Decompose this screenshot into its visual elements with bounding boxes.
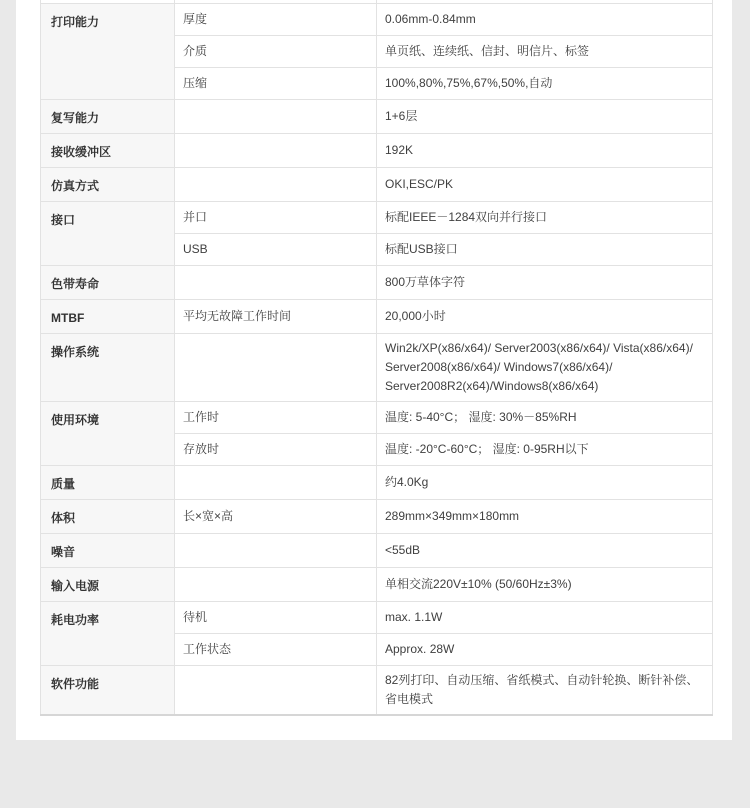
spec-row: 色带寿命800万草体字符 bbox=[41, 265, 713, 299]
spec-value-cell: 20,000小时 bbox=[377, 299, 713, 333]
spec-value-cell: 82列打印、自动压缩、省纸模式、自动针轮换、断针补偿、 省电模式 bbox=[377, 665, 713, 715]
spec-item-cell: 压缩 bbox=[175, 67, 377, 99]
spec-item-cell: 长×宽×高 bbox=[175, 499, 377, 533]
spec-category-cell: 输入电源 bbox=[41, 567, 175, 601]
spec-value-cell: Win2k/XP(x86/x64)/ Server2003(x86/x64)/ … bbox=[377, 333, 713, 401]
spec-row: 接收缓冲区192K bbox=[41, 133, 713, 167]
spec-value-cell: 温度: -20°C-60°C； 湿度: 0-95RH以下 bbox=[377, 433, 713, 465]
spec-item-cell bbox=[175, 465, 377, 499]
spec-row: 噪音<55dB bbox=[41, 533, 713, 567]
spec-value-cell: max. 1.1W bbox=[377, 601, 713, 633]
spec-category-cell: 打印能力 bbox=[41, 3, 175, 99]
spec-item-cell bbox=[175, 167, 377, 201]
spec-item-cell: 厚度 bbox=[175, 3, 377, 35]
spec-item-cell bbox=[175, 133, 377, 167]
spec-row: 打印能力厚度0.06mm-0.84mm bbox=[41, 3, 713, 35]
spec-row: 质量约4.0Kg bbox=[41, 465, 713, 499]
spec-table-body: 打印能力厚度0.06mm-0.84mm介质单页纸、连续纸、信封、明信片、标签压缩… bbox=[41, 0, 713, 715]
spec-category-cell: 复写能力 bbox=[41, 99, 175, 133]
spec-category-cell: 接口 bbox=[41, 201, 175, 265]
spec-value-cell: 192K bbox=[377, 133, 713, 167]
spec-value-cell: 800万草体字符 bbox=[377, 265, 713, 299]
spec-row: 耗电功率待机max. 1.1W bbox=[41, 601, 713, 633]
spec-item-cell bbox=[175, 265, 377, 299]
spec-row: 使用环境工作时温度: 5-40°C； 湿度: 30%－85%RH bbox=[41, 401, 713, 433]
spec-category-cell: 接收缓冲区 bbox=[41, 133, 175, 167]
spec-item-cell: 工作时 bbox=[175, 401, 377, 433]
spec-value-cell: 289mm×349mm×180mm bbox=[377, 499, 713, 533]
spec-value-cell: 0.06mm-0.84mm bbox=[377, 3, 713, 35]
spec-row: 接口并口标配IEEE－1284双向并行接口 bbox=[41, 201, 713, 233]
spec-item-cell: 存放时 bbox=[175, 433, 377, 465]
spec-item-cell: 并口 bbox=[175, 201, 377, 233]
spec-value-cell: 单相交流220V±10% (50/60Hz±3%) bbox=[377, 567, 713, 601]
spec-value-cell: 约4.0Kg bbox=[377, 465, 713, 499]
spec-row: 体积长×宽×高289mm×349mm×180mm bbox=[41, 499, 713, 533]
spec-category-cell: 操作系统 bbox=[41, 333, 175, 401]
spec-category-cell: 仿真方式 bbox=[41, 167, 175, 201]
spec-row: 复写能力1+6层 bbox=[41, 99, 713, 133]
spec-value-cell: 单页纸、连续纸、信封、明信片、标签 bbox=[377, 35, 713, 67]
spec-row: 软件功能82列打印、自动压缩、省纸模式、自动针轮换、断针补偿、 省电模式 bbox=[41, 665, 713, 715]
spec-item-cell bbox=[175, 533, 377, 567]
spec-value-cell: 标配USB接口 bbox=[377, 233, 713, 265]
spec-value-cell: OKI,ESC/PK bbox=[377, 167, 713, 201]
spec-item-cell bbox=[175, 567, 377, 601]
spec-item-cell bbox=[175, 99, 377, 133]
spec-category-cell: 体积 bbox=[41, 499, 175, 533]
spec-category-cell: MTBF bbox=[41, 299, 175, 333]
spec-item-cell: 待机 bbox=[175, 601, 377, 633]
spec-value-cell: 100%,80%,75%,67%,50%,自动 bbox=[377, 67, 713, 99]
spec-table: 打印能力厚度0.06mm-0.84mm介质单页纸、连续纸、信封、明信片、标签压缩… bbox=[40, 0, 713, 716]
spec-category-cell: 噪音 bbox=[41, 533, 175, 567]
spec-value-cell: 温度: 5-40°C； 湿度: 30%－85%RH bbox=[377, 401, 713, 433]
spec-item-cell bbox=[175, 333, 377, 401]
spec-item-cell: USB bbox=[175, 233, 377, 265]
spec-row: 输入电源单相交流220V±10% (50/60Hz±3%) bbox=[41, 567, 713, 601]
spec-value-cell: <55dB bbox=[377, 533, 713, 567]
spec-category-cell: 软件功能 bbox=[41, 665, 175, 715]
spec-category-cell: 耗电功率 bbox=[41, 601, 175, 665]
spec-value-cell: 1+6层 bbox=[377, 99, 713, 133]
spec-item-cell: 介质 bbox=[175, 35, 377, 67]
spec-category-cell: 色带寿命 bbox=[41, 265, 175, 299]
spec-value-cell: 标配IEEE－1284双向并行接口 bbox=[377, 201, 713, 233]
spec-row: MTBF平均无故障工作时间20,000小时 bbox=[41, 299, 713, 333]
spec-row: 仿真方式OKI,ESC/PK bbox=[41, 167, 713, 201]
spec-item-cell: 平均无故障工作时间 bbox=[175, 299, 377, 333]
page-content: 打印能力厚度0.06mm-0.84mm介质单页纸、连续纸、信封、明信片、标签压缩… bbox=[16, 0, 732, 740]
spec-category-cell: 使用环境 bbox=[41, 401, 175, 465]
spec-row: 操作系统Win2k/XP(x86/x64)/ Server2003(x86/x6… bbox=[41, 333, 713, 401]
spec-value-cell: Approx. 28W bbox=[377, 633, 713, 665]
spec-item-cell: 工作状态 bbox=[175, 633, 377, 665]
spec-category-cell: 质量 bbox=[41, 465, 175, 499]
spec-item-cell bbox=[175, 665, 377, 715]
